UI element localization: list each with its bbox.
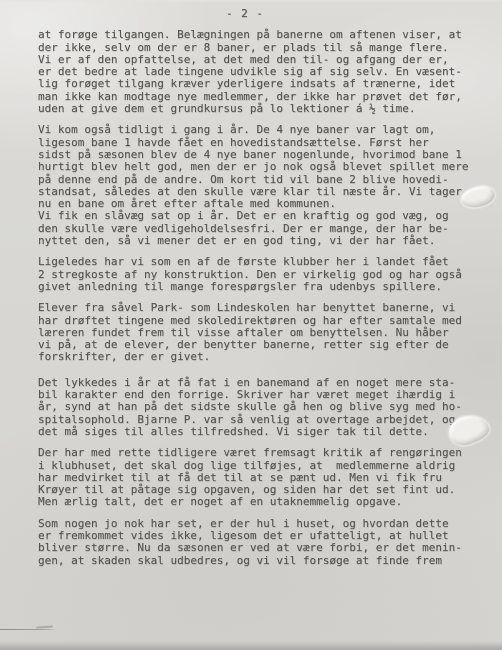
paragraph: at forøge tilgangen. Belægningen på bane…	[38, 29, 480, 115]
paragraph: Ligeledes har vi som en af de første klu…	[38, 256, 480, 293]
paragraph: Elever fra såvel Park- som Lindeskolen h…	[38, 302, 480, 363]
paper-top-edge	[0, 0, 502, 3]
paragraph: Vi kom også tidligt i gang i år. De 4 ny…	[38, 124, 480, 247]
typewritten-text-block: - 2 - at forøge tilgangen. Belægningen p…	[38, 8, 480, 576]
pencil-mark	[0, 629, 57, 630]
paragraph: Der har med rette tidligere været fremsa…	[38, 447, 480, 508]
scanned-document-page: - 2 - at forøge tilgangen. Belægningen p…	[0, 0, 502, 650]
scanner-edge-shadow	[0, 641, 502, 650]
page-number: - 2 -	[38, 8, 452, 20]
paragraph: Som nogen jo nok har set, er der hul i h…	[38, 518, 480, 567]
paragraph: Det lykkedes i år at få fat i en baneman…	[38, 377, 480, 438]
